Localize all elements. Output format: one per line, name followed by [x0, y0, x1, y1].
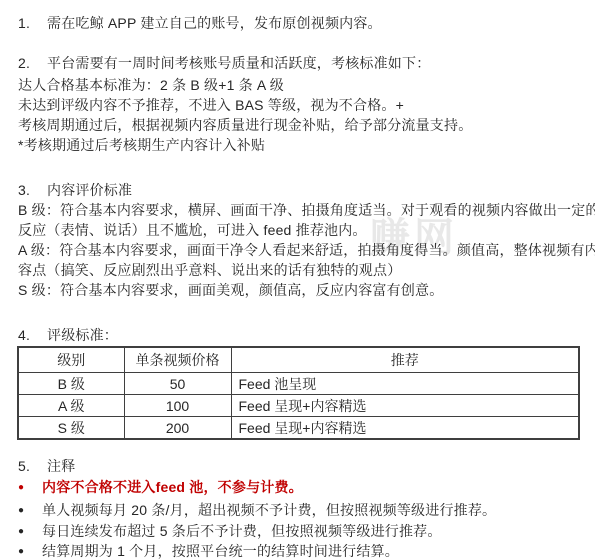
- bullet-item: ●每日连续发布超过 5 条后不予计费，但按照视频等级进行推荐。: [18, 523, 442, 540]
- text-line: 容点（搞笑、反应剧烈出乎意料、说出来的话有独特的观点）: [18, 262, 401, 279]
- table-header-level: 级别: [18, 347, 124, 373]
- line-text: 单人视频每月 20 条/月，超出视频不予计费，但按照视频等级进行推荐。: [42, 502, 496, 518]
- text-line: 考核周期通过后，根据视频内容质量进行现金补贴，给予部分流量支持。: [18, 117, 472, 134]
- table-cell: 100: [124, 395, 231, 417]
- table-cell: Feed 呈现+内容精选: [231, 417, 579, 440]
- rating-table-body: B 级50Feed 池呈现A 级100Feed 呈现+内容精选S 级200Fee…: [18, 373, 579, 440]
- text-line: S 级：符合基本内容要求，画面美观，颜值高，反应内容富有创意。: [18, 282, 443, 299]
- item-number: 3.: [18, 182, 47, 199]
- bullet-icon: ●: [18, 543, 42, 560]
- line-text: S 级：符合基本内容要求，画面美观，颜值高，反应内容富有创意。: [18, 282, 443, 298]
- text-line: 未达到评级内容不予推荐，不进入 BAS 等级，视为不合格。+: [18, 97, 404, 114]
- table-cell: S 级: [18, 417, 124, 440]
- line-text: *考核期通过后考核期生产内容计入补贴: [18, 137, 265, 153]
- line-text: 注释: [47, 458, 75, 474]
- line-text: 反应（表情、说话）且不尴尬，可进入 feed 推荐池内。: [18, 222, 367, 238]
- item-number: 4.: [18, 327, 47, 344]
- line-text: 达人合格基本标准为：2 条 B 级+1 条 A 级: [18, 77, 284, 93]
- bullet-item: ●结算周期为 1 个月，按照平台统一的结算时间进行结算。: [18, 543, 399, 560]
- bullet-icon: ●: [18, 479, 42, 496]
- numbered-item: 3.内容评价标准: [18, 182, 132, 199]
- item-number: 5.: [18, 458, 47, 475]
- document-page: 赚网 1.需在吃鲸 APP 建立自己的账号，发布原创视频内容。2.平台需要有一周…: [0, 0, 595, 560]
- table-header-recommend: 推荐: [231, 347, 579, 373]
- table-cell: A 级: [18, 395, 124, 417]
- bullet-item: ●单人视频每月 20 条/月，超出视频不予计费，但按照视频等级进行推荐。: [18, 502, 496, 519]
- text-line: 反应（表情、说话）且不尴尬，可进入 feed 推荐池内。: [18, 222, 367, 239]
- line-text: 内容不合格不进入feed 池，不参与计费。: [42, 479, 303, 495]
- table-cell: B 级: [18, 373, 124, 395]
- table-header-row: 级别 单条视频价格 推荐: [18, 347, 579, 373]
- text-line: A 级：符合基本内容要求，画面干净令人看起来舒适，拍摄角度得当。颜值高，整体视频…: [18, 242, 595, 259]
- numbered-item: 5.注释: [18, 458, 75, 475]
- line-text: 容点（搞笑、反应剧烈出乎意料、说出来的话有独特的观点）: [18, 262, 401, 278]
- bullet-icon: ●: [18, 523, 42, 540]
- table-row: B 级50Feed 池呈现: [18, 373, 579, 395]
- line-text: 结算周期为 1 个月，按照平台统一的结算时间进行结算。: [42, 543, 399, 559]
- text-line: *考核期通过后考核期生产内容计入补贴: [18, 137, 265, 154]
- line-text: 考核周期通过后，根据视频内容质量进行现金补贴，给予部分流量支持。: [18, 117, 472, 133]
- item-number: 1.: [18, 15, 47, 32]
- line-text: 每日连续发布超过 5 条后不予计费，但按照视频等级进行推荐。: [42, 523, 442, 539]
- table-header-price: 单条视频价格: [124, 347, 231, 373]
- bullet-item: ●内容不合格不进入feed 池，不参与计费。: [18, 479, 303, 496]
- rating-table: 级别 单条视频价格 推荐 B 级50Feed 池呈现A 级100Feed 呈现+…: [17, 346, 580, 440]
- table-cell: 50: [124, 373, 231, 395]
- line-text: 平台需要有一周时间考核账号质量和活跃度，考核标准如下：: [47, 55, 430, 71]
- text-line: B 级：符合基本内容要求，横屏、画面干净、拍摄角度适当。对于观看的视频内容做出一…: [18, 202, 595, 219]
- bullet-icon: ●: [18, 502, 42, 519]
- table-row: S 级200Feed 呈现+内容精选: [18, 417, 579, 440]
- table-row: A 级100Feed 呈现+内容精选: [18, 395, 579, 417]
- numbered-item: 2.平台需要有一周时间考核账号质量和活跃度，考核标准如下：: [18, 55, 430, 72]
- numbered-item: 1.需在吃鲸 APP 建立自己的账号，发布原创视频内容。: [18, 15, 382, 32]
- numbered-item: 4.评级标准：: [18, 327, 118, 344]
- table-cell: 200: [124, 417, 231, 440]
- line-text: 内容评价标准: [47, 182, 132, 198]
- line-text: 需在吃鲸 APP 建立自己的账号，发布原创视频内容。: [47, 15, 382, 31]
- line-text: 评级标准：: [47, 327, 118, 343]
- line-text: 未达到评级内容不予推荐，不进入 BAS 等级，视为不合格。+: [18, 97, 404, 113]
- line-text: B 级：符合基本内容要求，横屏、画面干净、拍摄角度适当。对于观看的视频内容做出一…: [18, 202, 595, 218]
- table-cell: Feed 池呈现: [231, 373, 579, 395]
- line-text: A 级：符合基本内容要求，画面干净令人看起来舒适，拍摄角度得当。颜值高，整体视频…: [18, 242, 595, 258]
- item-number: 2.: [18, 55, 47, 72]
- text-line: 达人合格基本标准为：2 条 B 级+1 条 A 级: [18, 77, 284, 94]
- table-cell: Feed 呈现+内容精选: [231, 395, 579, 417]
